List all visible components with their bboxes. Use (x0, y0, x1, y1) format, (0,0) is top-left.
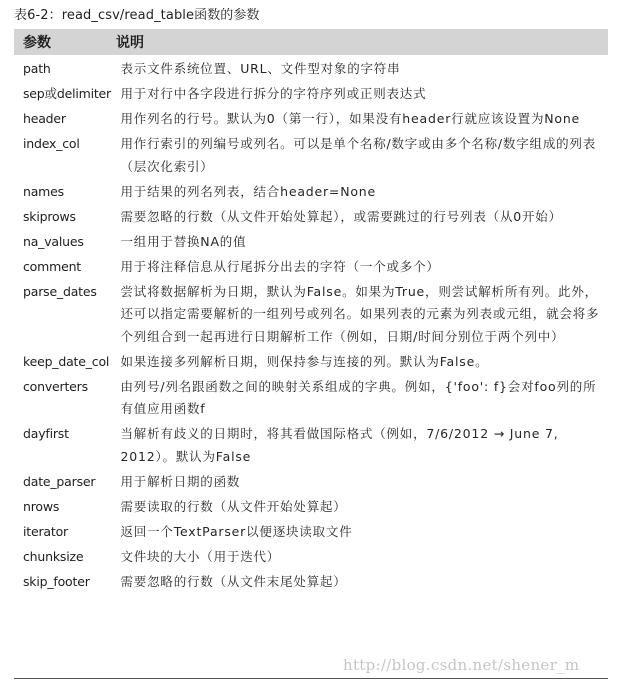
table-header-row: 参数 说明 (14, 29, 608, 55)
table-row: names 用于结果的列名列表，结合header=None (14, 181, 608, 204)
header-description: 说明 (116, 32, 144, 52)
param-description: 文件块的大小（用于迭代） (121, 546, 609, 569)
table-row: index_col 用作行索引的列编号或列名。可以是单个名称/数字或由多个名称/… (14, 133, 608, 178)
param-description: 需要读取的行数（从文件开始处算起） (121, 496, 609, 519)
param-description: 用于解析日期的函数 (121, 471, 609, 494)
param-description: 尝试将数据解析为日期，默认为False。如果为True，则尝试解析所有列。此外，… (121, 281, 609, 349)
table-body: path 表示文件系统位置、URL、文件型对象的字符串 sep或delimite… (14, 58, 608, 593)
table-row: nrows 需要读取的行数（从文件开始处算起） (14, 496, 608, 519)
param-name: chunksize (14, 546, 121, 569)
table-row: skiprows 需要忽略的行数（从文件开始处算起），或需要跳过的行号列表（从0… (14, 206, 608, 229)
table-row: chunksize 文件块的大小（用于迭代） (14, 546, 608, 569)
table-row: parse_dates 尝试将数据解析为日期，默认为False。如果为True，… (14, 281, 608, 349)
param-description: 用于将注释信息从行尾拆分出去的字符（一个或多个） (121, 256, 609, 279)
param-name: iterator (14, 521, 121, 544)
param-name: na_values (14, 231, 121, 254)
watermark-url: http://blog.csdn.net/shener_m (343, 656, 579, 674)
param-name: dayfirst (14, 423, 121, 468)
table-row: date_parser 用于解析日期的函数 (14, 471, 608, 494)
param-description: 由列号/列名跟函数之间的映射关系组成的字典。例如，{'foo': f}会对foo… (121, 376, 609, 421)
table-row: skip_footer 需要忽略的行数（从文件末尾处算起） (14, 571, 608, 594)
table-row: comment 用于将注释信息从行尾拆分出去的字符（一个或多个） (14, 256, 608, 279)
table-row: iterator 返回一个TextParser以便逐块读取文件 (14, 521, 608, 544)
table-row: header 用作列名的行号。默认为0（第一行），如果没有header行就应该设… (14, 108, 608, 131)
param-name: nrows (14, 496, 121, 519)
param-description: 需要忽略的行数（从文件末尾处算起） (121, 571, 609, 594)
param-name: parse_dates (14, 281, 121, 349)
header-param: 参数 (14, 32, 116, 52)
param-description: 当解析有歧义的日期时，将其看做国际格式（例如，7/6/2012 → June 7… (121, 423, 609, 468)
param-description: 返回一个TextParser以便逐块读取文件 (121, 521, 609, 544)
param-name: index_col (14, 133, 121, 178)
table-row: keep_date_col 如果连接多列解析日期，则保持参与连接的列。默认为Fa… (14, 351, 608, 374)
param-name: path (14, 58, 121, 81)
param-name: skip_footer (14, 571, 121, 594)
table-row: dayfirst 当解析有歧义的日期时，将其看做国际格式（例如，7/6/2012… (14, 423, 608, 468)
param-name: converters (14, 376, 121, 421)
param-name: keep_date_col (14, 351, 121, 374)
table-row: na_values 一组用于替换NA的值 (14, 231, 608, 254)
param-description: 用作列名的行号。默认为0（第一行），如果没有header行就应该设置为None (121, 108, 609, 131)
table-row: converters 由列号/列名跟函数之间的映射关系组成的字典。例如，{'fo… (14, 376, 608, 421)
param-name: header (14, 108, 121, 131)
table-row: path 表示文件系统位置、URL、文件型对象的字符串 (14, 58, 608, 81)
param-name: comment (14, 256, 121, 279)
param-name: skiprows (14, 206, 121, 229)
param-description: 如果连接多列解析日期，则保持参与连接的列。默认为False。 (121, 351, 609, 374)
parameters-table: 参数 说明 path 表示文件系统位置、URL、文件型对象的字符串 sep或de… (14, 29, 608, 593)
table-bottom-rule (14, 678, 608, 679)
table-row: sep或delimiter 用于对行中各字段进行拆分的字符序列或正则表达式 (14, 83, 608, 106)
param-name: date_parser (14, 471, 121, 494)
param-description: 用作行索引的列编号或列名。可以是单个名称/数字或由多个名称/数字组成的列表（层次… (121, 133, 609, 178)
param-name: sep或delimiter (14, 83, 121, 106)
table-caption: 表6-2：read_csv/read_table函数的参数 (14, 4, 260, 23)
param-description: 表示文件系统位置、URL、文件型对象的字符串 (121, 58, 609, 81)
param-description: 需要忽略的行数（从文件开始处算起），或需要跳过的行号列表（从0开始） (121, 206, 609, 229)
param-description: 用于对行中各字段进行拆分的字符序列或正则表达式 (121, 83, 609, 106)
param-name: names (14, 181, 121, 204)
param-description: 用于结果的列名列表，结合header=None (121, 181, 609, 204)
param-description: 一组用于替换NA的值 (121, 231, 609, 254)
